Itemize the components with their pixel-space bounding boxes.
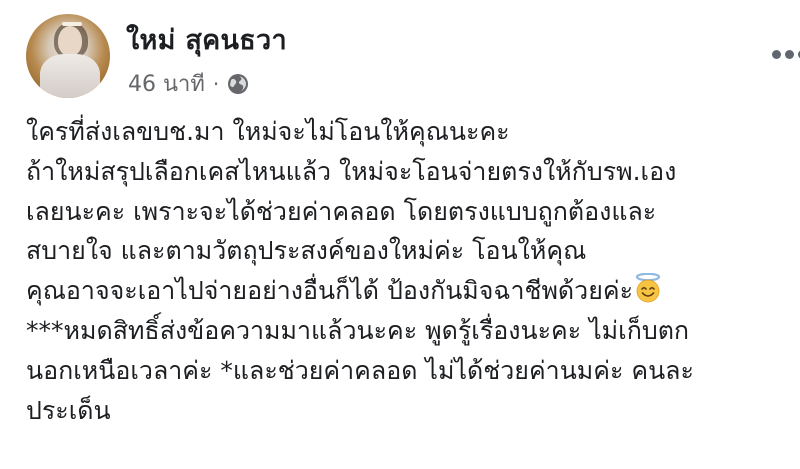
post-text-line: นอกเหนือเวลาค่ะ *และช่วยค่าคลอด ไม่ได้ช่…	[26, 351, 786, 391]
post-text: ***หมดสิทธิ์ส่งข้อความมาแล้วนะคะ พูดรู้เ…	[26, 316, 689, 345]
post-header: ใหม่ สุคนธวา 46 นาที ·	[26, 14, 786, 100]
post-text-line: เลยนะคะ เพราะจะได้ช่วยค่าคลอด โดยตรงแบบถ…	[26, 192, 786, 232]
post-body: ใครที่ส่งเลขบช.มา ใหม่จะไม่โอนให้คุณนะคะ…	[26, 112, 786, 430]
meta-separator: ·	[213, 72, 219, 96]
post-text: เลยนะคะ เพราะจะได้ช่วยค่าคลอด โดยตรงแบบถ…	[26, 197, 656, 226]
post-text-line: สบายใจ และตามวัตถุประสงค์ของใหม่ค่ะ โอนใ…	[26, 231, 786, 271]
more-options-dot	[772, 50, 781, 59]
avatar-tiara	[62, 22, 82, 26]
post-text: ประเด็น	[26, 396, 111, 425]
globe-icon[interactable]	[227, 73, 249, 95]
facebook-post: ใหม่ สุคนธวา 46 นาที · ใครที่ส่งเลขบช.มา…	[0, 0, 800, 469]
avatar[interactable]	[26, 14, 110, 98]
post-text: นอกเหนือเวลาค่ะ *และช่วยค่าคลอด ไม่ได้ช่…	[26, 356, 694, 385]
post-text-line: ถ้าใหม่สรุปเลือกเคสไหนแล้ว ใหม่จะโอนจ่าย…	[26, 152, 786, 192]
post-text: ใครที่ส่งเลขบช.มา ใหม่จะไม่โอนให้คุณนะคะ	[26, 117, 510, 146]
post-text: ถ้าใหม่สรุปเลือกเคสไหนแล้ว ใหม่จะโอนจ่าย…	[26, 157, 676, 186]
post-text-line: ใครที่ส่งเลขบช.มา ใหม่จะไม่โอนให้คุณนะคะ	[26, 112, 786, 152]
avatar-dress	[40, 54, 100, 98]
post-text-line: ***หมดสิทธิ์ส่งข้อความมาแล้วนะคะ พูดรู้เ…	[26, 311, 786, 351]
author-name[interactable]: ใหม่ สุคนธวา	[126, 18, 287, 61]
post-text: สบายใจ และตามวัตถุประสงค์ของใหม่ค่ะ โอนใ…	[26, 236, 586, 265]
post-timestamp[interactable]: 46 นาที	[128, 66, 205, 101]
post-meta: 46 นาที ·	[128, 66, 249, 101]
post-text-line: คุณอาจจะเอาไปจ่ายอย่างอื่นก็ได้ ป้องกันม…	[26, 271, 786, 311]
more-options-dot	[785, 50, 794, 59]
smiling-face-with-halo-icon	[634, 273, 662, 303]
avatar-face	[58, 26, 82, 56]
post-text-line: ประเด็น	[26, 391, 786, 431]
more-options-button[interactable]	[764, 44, 800, 64]
post-text: คุณอาจจะเอาไปจ่ายอย่างอื่นก็ได้ ป้องกันม…	[26, 276, 633, 305]
